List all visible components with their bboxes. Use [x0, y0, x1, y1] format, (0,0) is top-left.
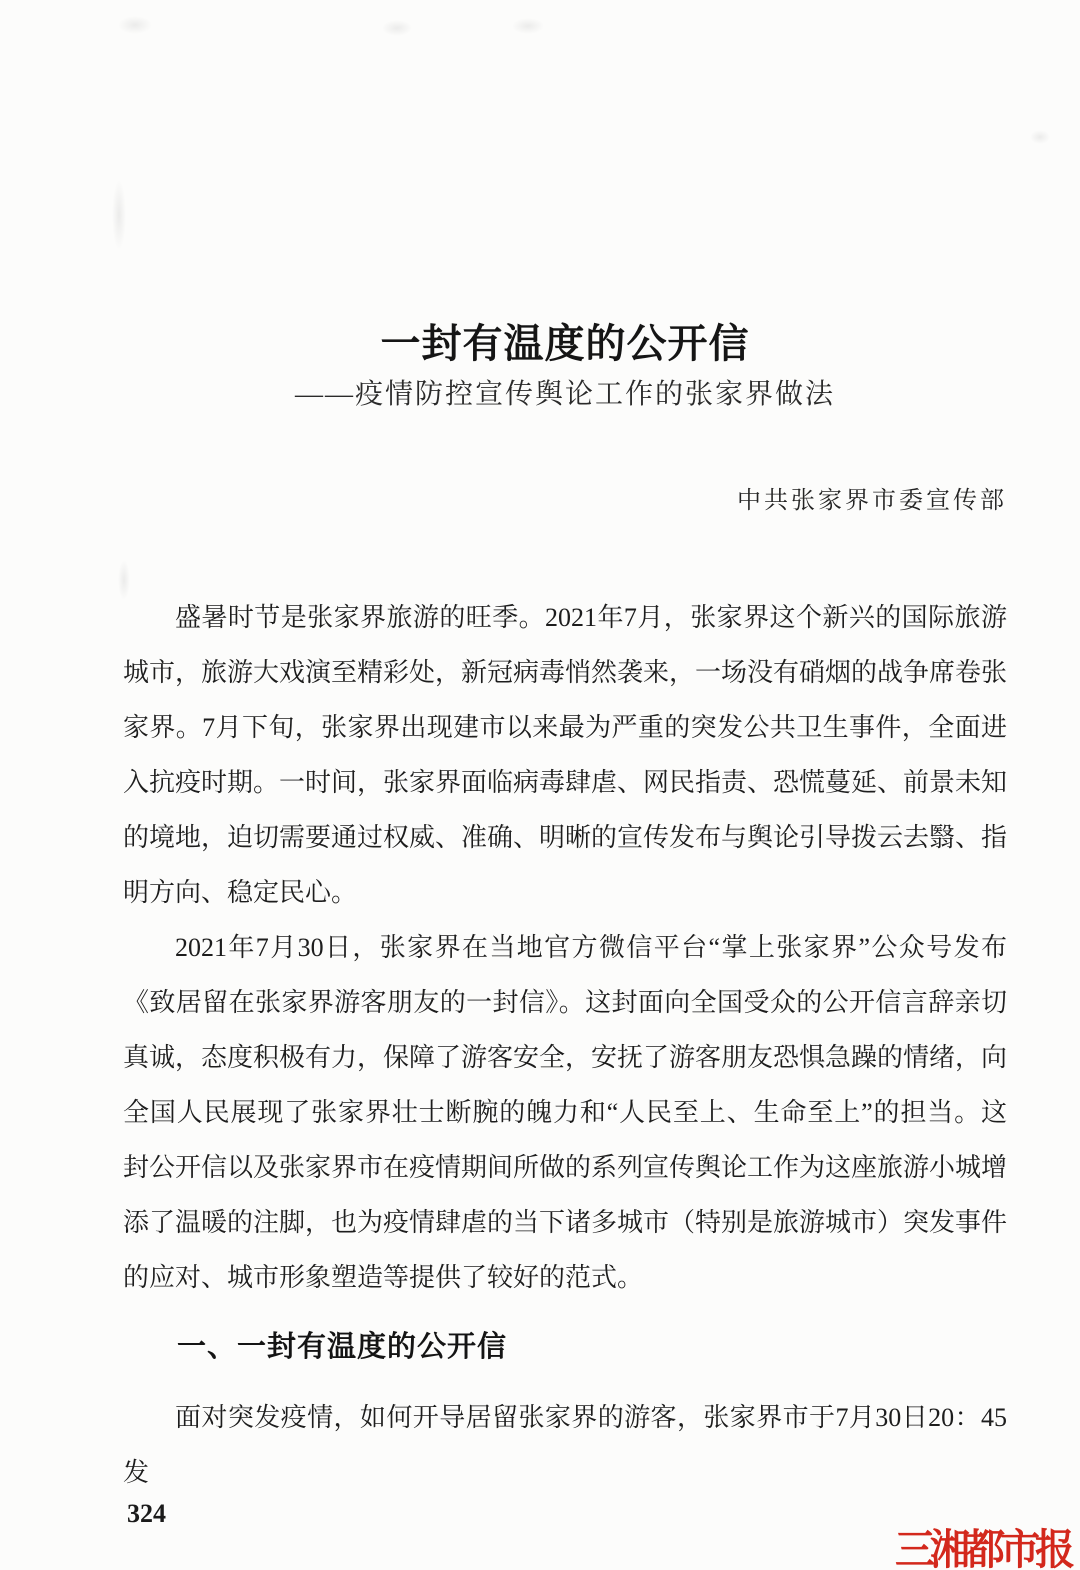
text-line: 明方向、稳定民心。 [123, 865, 1007, 920]
article-body: 盛暑时节是张家界旅游的旺季。2021年7月，张家界这个新兴的国际旅游城市，旅游大… [123, 590, 1007, 1305]
scan-smudge [382, 20, 412, 36]
title-block: 一封有温度的公开信 ——疫情防控宣传舆论工作的张家界做法 [123, 316, 1007, 415]
text-line: 家界。7月下旬，张家界出现建市以来最为严重的突发公共卫生事件，全面进 [123, 700, 1007, 755]
newspaper-masthead-logo: 三湘都市报 [895, 1527, 1070, 1570]
scan-smudge [1030, 130, 1050, 144]
text-line: 真诚，态度积极有力，保障了游客安全，安抚了游客朋友恐惧急躁的情绪，向 [123, 1030, 1007, 1085]
scan-smudge [112, 180, 126, 250]
text-line: 添了温暖的注脚，也为疫情肆虐的当下诸多城市（特别是旅游城市）突发事件 [123, 1195, 1007, 1250]
text-line: 盛暑时节是张家界旅游的旺季。2021年7月，张家界这个新兴的国际旅游 [123, 590, 1007, 645]
article-subtitle: ——疫情防控宣传舆论工作的张家界做法 [123, 375, 1007, 415]
text-line: 全国人民展现了张家界壮士断腕的魄力和“人民至上、生命至上”的担当。这 [123, 1085, 1007, 1140]
paragraph: 2021年7月30日，张家界在当地官方微信平台“掌上张家界”公众号发布《致居留在… [123, 920, 1007, 1305]
text-line: 的境地，迫切需要通过权威、准确、明晰的宣传发布与舆论引导拨云去翳、指 [123, 810, 1007, 865]
paragraph: 盛暑时节是张家界旅游的旺季。2021年7月，张家界这个新兴的国际旅游城市，旅游大… [123, 590, 1007, 920]
page-number: 324 [127, 1498, 166, 1530]
text-line: 的应对、城市形象塑造等提供了较好的范式。 [123, 1250, 1007, 1305]
paragraph: 面对突发疫情，如何开导居留张家界的游客，张家界市于7月30日20：45发 [123, 1390, 1007, 1500]
article-author: 中共张家界市委宣传部 [123, 482, 1007, 520]
scan-smudge [118, 16, 152, 34]
article-body-continued: 面对突发疫情，如何开导居留张家界的游客，张家界市于7月30日20：45发 [123, 1390, 1007, 1500]
text-line: 入抗疫时期。一时间，张家界面临病毒肆虐、网民指责、恐慌蔓延、前景未知 [123, 755, 1007, 810]
scan-smudge [512, 18, 544, 34]
book-page: 一封有温度的公开信 ——疫情防控宣传舆论工作的张家界做法 中共张家界市委宣传部 … [0, 0, 1080, 1570]
section-heading: 一、一封有温度的公开信 [123, 1326, 1007, 1368]
text-line: 封公开信以及张家界市在疫情期间所做的系列宣传舆论工作为这座旅游小城增 [123, 1140, 1007, 1195]
article-title: 一封有温度的公开信 [123, 316, 1007, 372]
text-line: 面对突发疫情，如何开导居留张家界的游客，张家界市于7月30日20：45发 [123, 1390, 1007, 1500]
text-line: 2021年7月30日，张家界在当地官方微信平台“掌上张家界”公众号发布 [123, 920, 1007, 975]
text-line: 《致居留在张家界游客朋友的一封信》。这封面向全国受众的公开信言辞亲切 [123, 975, 1007, 1030]
text-line: 城市，旅游大戏演至精彩处，新冠病毒悄然袭来，一场没有硝烟的战争席卷张 [123, 645, 1007, 700]
